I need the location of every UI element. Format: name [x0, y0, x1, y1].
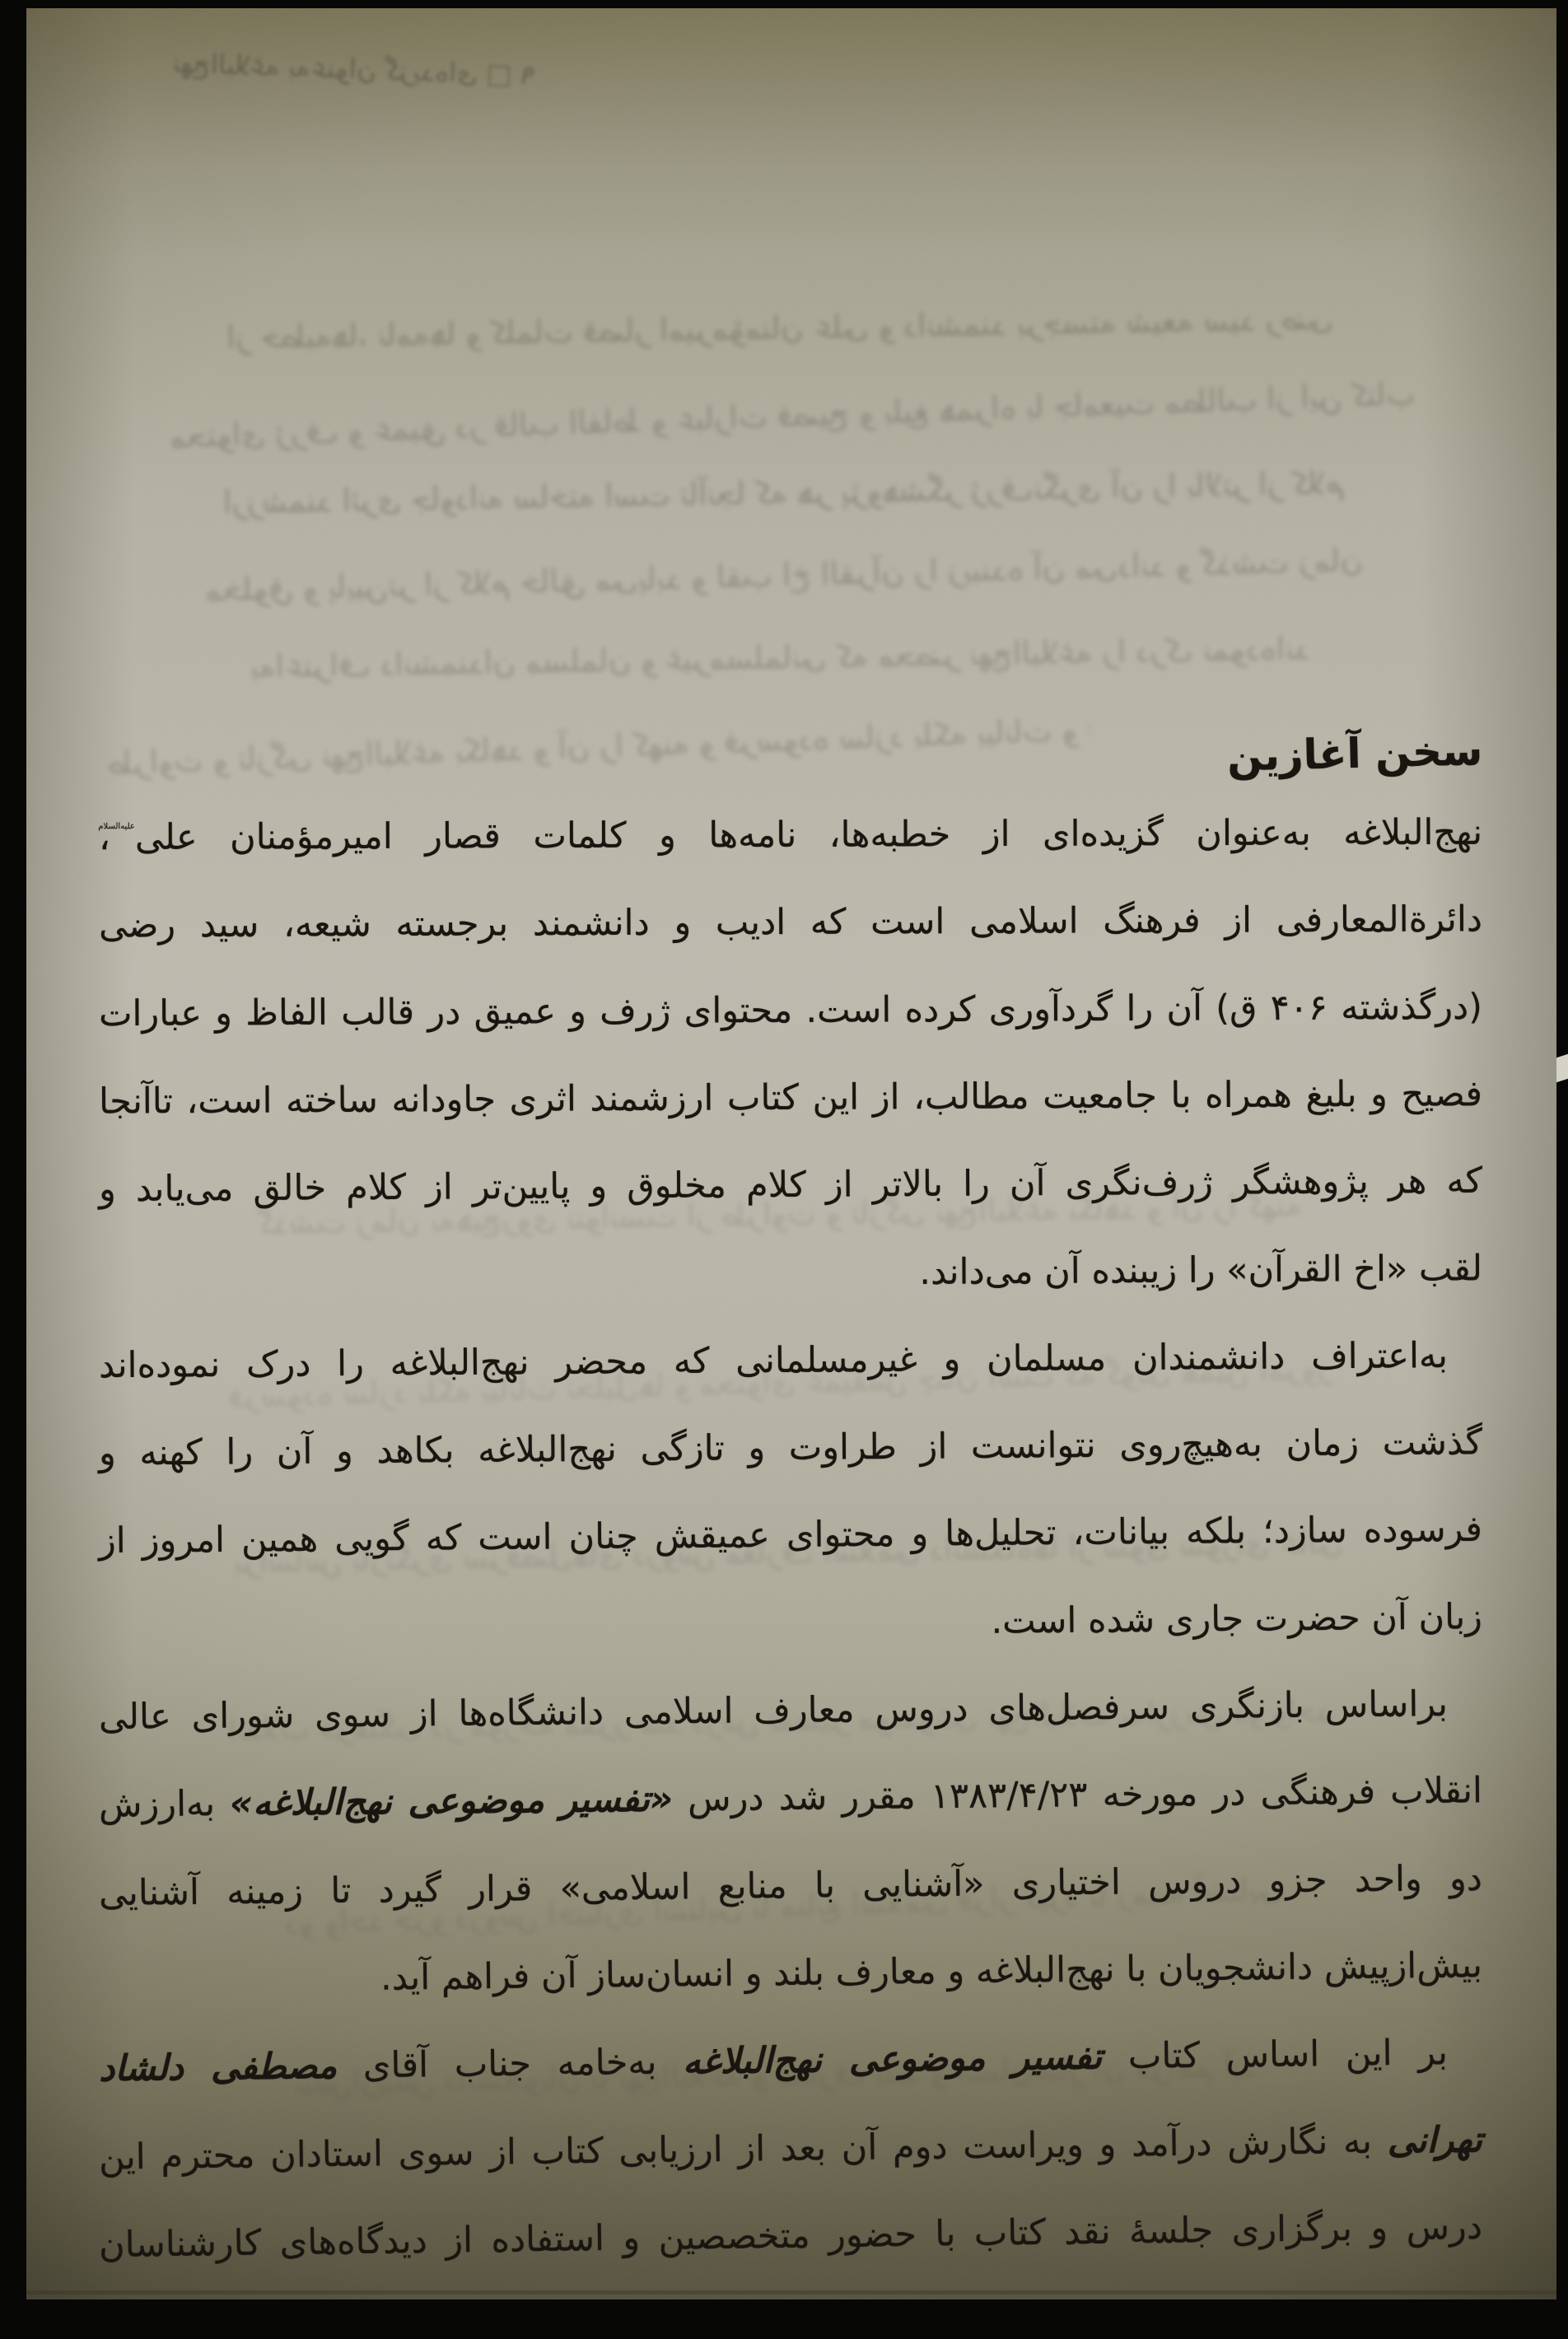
- text-segment: تفسیر موضوعی نهج‌البلاغه: [683, 2037, 1103, 2083]
- text-segment: تهرانی: [1387, 2119, 1482, 2161]
- text-line: تهرانی به نگارش درآمد و ویراست دوم آن بع…: [99, 2113, 1483, 2185]
- page-text-layer: نهج‌البلاغه به‌عنوان گزیده‌ای □ ۹ از خطب…: [0, 0, 1568, 2339]
- text-segment: انقلاب فرهنگی در مورخه ۱۳۸۳/۴/۲۳ مقرر شد…: [673, 1771, 1482, 1820]
- alayhi-salam-honorific-mark: علیه‌السلام: [110, 823, 135, 830]
- section-heading: سخن آغازین: [1226, 726, 1483, 781]
- text-segment: بر این اساس کتاب: [1102, 2032, 1448, 2077]
- text-segment: (درگذشته ۴۰۶ ق) آن را گردآوری کرده است. …: [99, 986, 1482, 1034]
- text-line: انقلاب فرهنگی در مورخه ۱۳۸۳/۴/۲۳ مقرر شد…: [99, 1765, 1483, 1833]
- text-line: زبان آن حضرت جاری شده است.: [99, 1590, 1483, 1657]
- text-segment: درس و برگزاری جلسهٔ نقد کتاب با حضور متخ…: [99, 2206, 1483, 2266]
- bleed-through-line: مخلوق و پایین‌تر از کلام خالق می‌یابد و …: [124, 536, 1445, 614]
- text-line: دو واحد جزو دروس اختیاری «آشنایی با مناب…: [99, 1851, 1483, 1921]
- text-segment: که هر پژوهشگر ژرف‌نگری آن را بالاتر از ک…: [99, 1160, 1482, 1210]
- text-segment: بیش‌ازپیش دانشجویان با نهج‌البلاغه و معا…: [380, 1944, 1483, 1998]
- text-segment: دائرةالمعارفی از فرهنگ اسلامی است که ادی…: [99, 899, 1482, 946]
- text-line: که هر پژوهشگر ژرف‌نگری آن را بالاتر از ک…: [99, 1155, 1482, 1217]
- text-segment: به نگارش درآمد و ویراست دوم آن بعد از ار…: [99, 2120, 1388, 2178]
- text-segment: نهج‌البلاغه به‌عنوان گزیده‌ای از خطبه‌ها…: [135, 812, 1482, 858]
- text-line: گذشت زمان به‌هیچ‌روی نتوانست از طراوت و …: [99, 1416, 1482, 1481]
- text-line: درس و برگزاری جلسهٔ نقد کتاب با حضور متخ…: [99, 2201, 1483, 2273]
- text-line: نهج‌البلاغه به‌عنوان گزیده‌ای از خطبه‌ها…: [99, 806, 1482, 866]
- text-line: (درگذشته ۴۰۶ ق) آن را گردآوری کرده است. …: [99, 980, 1482, 1041]
- text-segment: براساس بازنگری سرفصل‌های دروس معارف اسلا…: [99, 1683, 1448, 1738]
- text-line: براساس بازنگری سرفصل‌های دروس معارف اسلا…: [99, 1678, 1483, 1745]
- bleed-through-line: از خطبه‌ها، نامه‌ها و کلمات قصار امیرمؤم…: [115, 295, 1445, 361]
- text-segment: به‌ارزش: [99, 1783, 231, 1826]
- bleed-through-line: ارزشمند اثری جاودانه ساخته است تاآنجا که…: [115, 460, 1454, 525]
- text-segment: فرسوده سازد؛ بلکه بیانات، تحلیل‌ها و محت…: [99, 1509, 1482, 1562]
- text-line: لقب «اخ القرآن» را زیبنده آن می‌داند.: [99, 1242, 1482, 1305]
- text-line: دائرةالمعارفی از فرهنگ اسلامی است که ادی…: [99, 894, 1482, 954]
- text-line: بر این اساس کتاب تفسیر موضوعی نهج‌البلاغ…: [99, 2026, 1483, 2097]
- text-line: بیش‌ازپیش دانشجویان با نهج‌البلاغه و معا…: [99, 1939, 1483, 2009]
- text-segment: به‌اعتراف دانشمندان مسلمان و غیرمسلمانی …: [99, 1335, 1448, 1386]
- text-segment: مصطفی دلشاد: [99, 2046, 338, 2090]
- bleed-through-running-head: نهج‌البلاغه به‌عنوان گزیده‌ای □ ۹: [123, 40, 585, 99]
- text-segment: گذشت زمان به‌هیچ‌روی نتوانست از طراوت و …: [99, 1422, 1482, 1473]
- text-segment: «تفسیر موضوعی نهج‌البلاغه»: [230, 1779, 673, 1825]
- bleed-through-line: به‌اعتراف دانشمندان مسلمان و غیرمسلمانی …: [115, 624, 1445, 690]
- text-segment: فصیح و بلیغ همراه با جامعیت مطالب، از ای…: [99, 1073, 1482, 1122]
- bleed-through-line: طراوت و تازگی نهج‌البلاغه بکاهد و آن را …: [106, 707, 1090, 785]
- text-segment: به‌خامه جناب آقای: [337, 2042, 684, 2087]
- text-segment: زبان آن حضرت جاری شده است.: [991, 1596, 1482, 1641]
- scanned-book-page-photo: { "document": { "heading": "سخن آغازین",…: [0, 0, 1568, 2339]
- text-line: به‌اعتراف دانشمندان مسلمان و غیرمسلمانی …: [99, 1329, 1482, 1394]
- bleed-through-line: محتوای ژرف و عمیق در قالب الفاظ و عبارات…: [124, 371, 1462, 460]
- text-line: فصیح و بلیغ همراه با جامعیت مطالب، از ای…: [99, 1067, 1482, 1129]
- text-line: فرسوده سازد؛ بلکه بیانات، تحلیل‌ها و محت…: [99, 1503, 1483, 1569]
- text-segment: دو واحد جزو دروس اختیاری «آشنایی با مناب…: [99, 1857, 1482, 1913]
- text-segment: لقب «اخ القرآن» را زیبنده آن می‌داند.: [919, 1248, 1482, 1293]
